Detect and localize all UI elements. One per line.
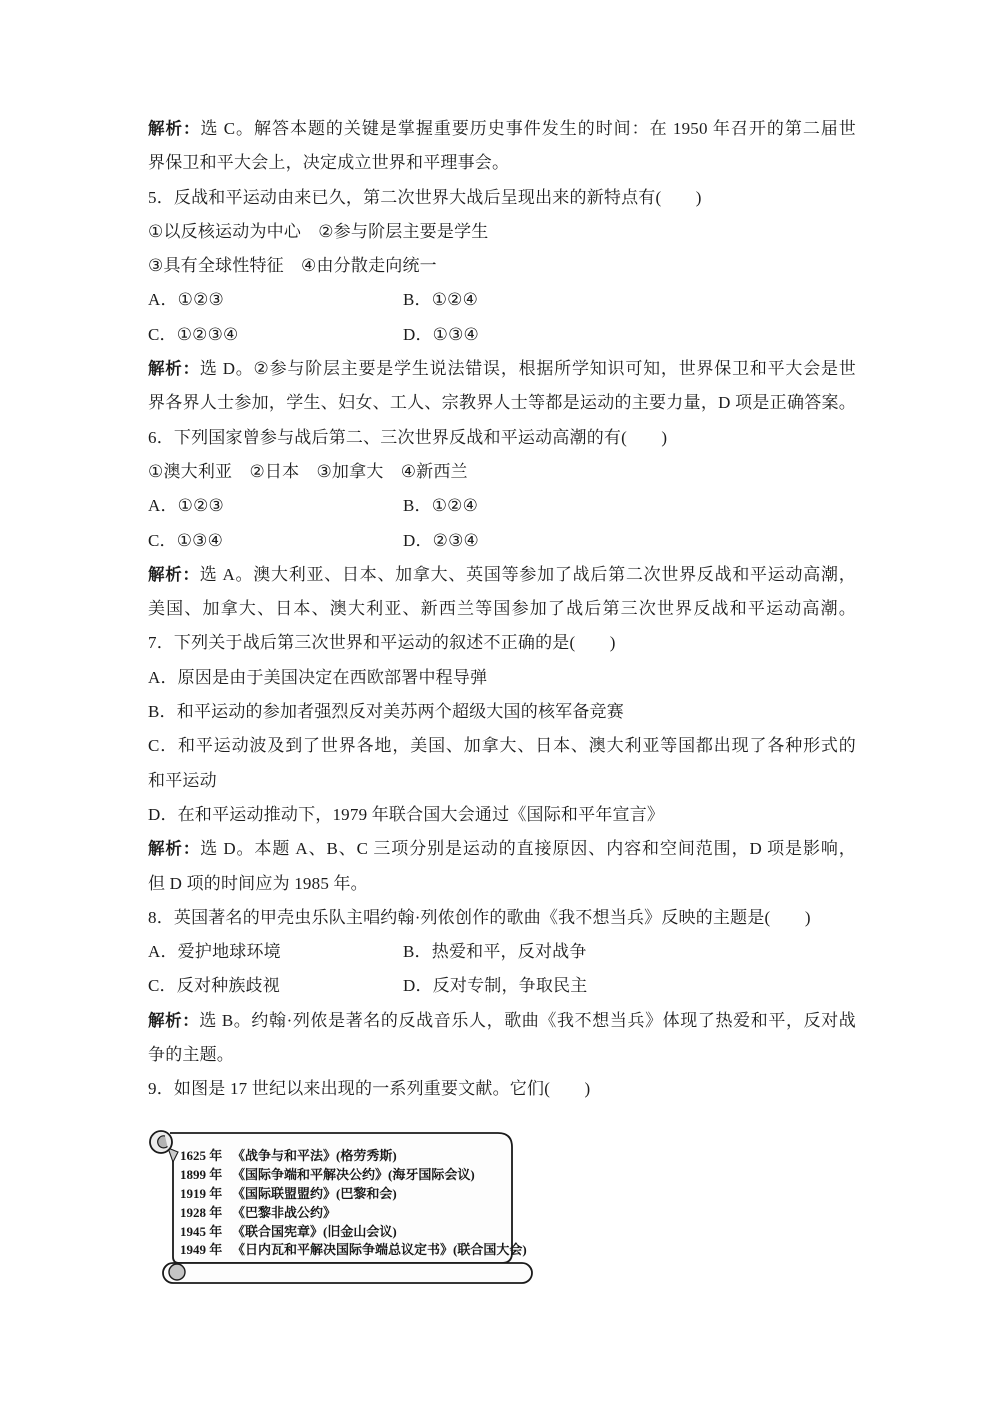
exam-document-page: 解析：选 C。解答本题的关键是掌握重要历史事件发生的时间：在 1950 年召开的… <box>0 0 1000 1414</box>
q8-options-row-1: A．爱护地球环境B．热爱和平，反对战争 <box>148 935 856 969</box>
q6-subitems: ①澳大利亚 ②日本 ③加拿大 ④新西兰 <box>148 455 856 489</box>
q5-option-b: B．①②④ <box>403 290 478 309</box>
analysis-text: 选 A。澳大利亚、日本、加拿大、英国等参加了战后第二次世界反战和平运动高潮， <box>200 565 856 584</box>
q6-analysis-line2: 美国、加拿大、日本、澳大利亚、新西兰等国参加了战后第三次世界反战和平运动高潮。 <box>148 592 856 626</box>
q6-options-row-1: A．①②③B．①②④ <box>148 489 856 523</box>
scroll-row: 1945 年《联合国宪章》(旧金山会议) <box>180 1223 527 1242</box>
q7-option-c-line2: 和平运动 <box>148 764 856 798</box>
q5-analysis-line1: 解析：选 D。②参与阶层主要是学生说法错误，根据所学知识可知，世界保卫和平大会是… <box>148 352 856 386</box>
q5-stem: 5．反战和平运动由来已久，第二次世界大战后呈现出来的新特点有( ) <box>148 181 856 215</box>
scroll-row-title: 《国际联盟盟约》(巴黎和会) <box>232 1186 397 1201</box>
analysis-label: 解析： <box>148 566 200 584</box>
scroll-row: 1899 年《国际争端和平解决公约》(海牙国际会议) <box>180 1166 527 1185</box>
scroll-row-year: 1625 年 <box>180 1147 232 1166</box>
analysis-text: 选 D。②参与阶层主要是学生说法错误，根据所学知识可知，世界保卫和平大会是世 <box>200 359 856 378</box>
text-content: 解析：选 C。解答本题的关键是掌握重要历史事件发生的时间：在 1950 年召开的… <box>148 112 856 1107</box>
q8-analysis-line1: 解析：选 B。约翰·列侬是著名的反战音乐人，歌曲《我不想当兵》体现了热爱和平，反… <box>148 1004 856 1038</box>
q6-analysis-line1: 解析：选 A。澳大利亚、日本、加拿大、英国等参加了战后第二次世界反战和平运动高潮… <box>148 558 856 592</box>
scroll-row-year: 1899 年 <box>180 1166 232 1185</box>
analysis-text: 争的主题。 <box>148 1045 234 1064</box>
q7-option-d: D．在和平运动推动下，1979 年联合国大会通过《国际和平年宣言》 <box>148 798 856 832</box>
analysis-label: 解析： <box>148 1012 199 1030</box>
analysis-label: 解析： <box>148 360 200 378</box>
scroll-row: 1919 年《国际联盟盟约》(巴黎和会) <box>180 1185 527 1204</box>
q8-option-b: B．热爱和平，反对战争 <box>403 942 587 961</box>
scroll-row-year: 1949 年 <box>180 1241 232 1260</box>
analysis-text: 选 C。解答本题的关键是掌握重要历史事件发生的时间：在 1950 年召开的第二届… <box>200 119 856 138</box>
q7-option-c-line1: C．和平运动波及到了世界各地，美国、加拿大、日本、澳大利亚等国都出现了各种形式的 <box>148 729 856 763</box>
q5-subitems-2: ③具有全球性特征 ④由分散走向统一 <box>148 249 856 283</box>
q6-option-c: C．①③④ <box>148 524 403 558</box>
analysis-text: 但 D 项的时间应为 1985 年。 <box>148 874 368 893</box>
analysis-label: 解析： <box>148 120 200 138</box>
q5-option-d: D．①③④ <box>403 325 479 344</box>
q6-options-row-2: C．①③④D．②③④ <box>148 524 856 558</box>
q7-analysis-line1: 解析：选 D。本题 A、B、C 三项分别是运动的直接原因、内容和空间范围，D 项… <box>148 832 856 866</box>
analysis-label: 解析： <box>148 840 200 858</box>
q8-options-row-2: C．反对种族歧视D．反对专制，争取民主 <box>148 969 856 1003</box>
q8-analysis-line2: 争的主题。 <box>148 1038 856 1072</box>
q5-option-c: C．①②③④ <box>148 318 403 352</box>
analysis-text: 选 D。本题 A、B、C 三项分别是运动的直接原因、内容和空间范围，D 项是影响… <box>200 839 856 858</box>
q6-option-d: D．②③④ <box>403 531 479 550</box>
analysis-text: 美国、加拿大、日本、澳大利亚、新西兰等国参加了战后第三次世界反战和平运动高潮。 <box>148 599 856 618</box>
q6-option-a: A．①②③ <box>148 489 403 523</box>
q5-options-row-1: A．①②③B．①②④ <box>148 283 856 317</box>
q8-option-d: D．反对专制，争取民主 <box>403 976 587 995</box>
scroll-row: 1928 年《巴黎非战公约》 <box>180 1204 527 1223</box>
scroll-row-title: 《国际争端和平解决公约》(海牙国际会议) <box>232 1167 475 1182</box>
q8-option-a: A．爱护地球环境 <box>148 935 403 969</box>
q4-analysis-line2: 界保卫和平大会上，决定成立世界和平理事会。 <box>148 146 856 180</box>
q5-options-row-2: C．①②③④D．①③④ <box>148 318 856 352</box>
scroll-row-title: 《战争与和平法》(格劳秀斯) <box>232 1148 397 1163</box>
scroll-bottom-roller <box>163 1263 532 1283</box>
q5-analysis-line2: 界各界人士参加，学生、妇女、工人、宗教界人士等都是运动的主要力量，D 项是正确答… <box>148 386 856 420</box>
analysis-text: 选 B。约翰·列侬是著名的反战音乐人，歌曲《我不想当兵》体现了热爱和平，反对战 <box>199 1011 856 1030</box>
q5-subitems-1: ①以反核运动为中心 ②参与阶层主要是学生 <box>148 215 856 249</box>
scroll-row: 1949 年《日内瓦和平解决国际争端总议定书》(联合国大会) <box>180 1241 527 1260</box>
scroll-row-title: 《巴黎非战公约》 <box>232 1205 336 1220</box>
scroll-row-title: 《联合国宪章》(旧金山会议) <box>232 1224 397 1239</box>
q7-option-a: A．原因是由于美国决定在西欧部署中程导弹 <box>148 661 856 695</box>
q9-document-scroll-figure: 1625 年《战争与和平法》(格劳秀斯) 1899 年《国际争端和平解决公约》(… <box>148 1126 540 1292</box>
q6-stem: 6．下列国家曾参与战后第二、三次世界反战和平运动高潮的有( ) <box>148 421 856 455</box>
analysis-text: 界各界人士参加，学生、妇女、工人、宗教界人士等都是运动的主要力量，D 项是正确答… <box>148 393 856 412</box>
q8-option-c: C．反对种族歧视 <box>148 969 403 1003</box>
scroll-row-year: 1928 年 <box>180 1204 232 1223</box>
q9-stem: 9．如图是 17 世纪以来出现的一系列重要文献。它们( ) <box>148 1072 856 1106</box>
scroll-row-title: 《日内瓦和平解决国际争端总议定书》(联合国大会) <box>232 1242 527 1257</box>
scroll-row-year: 1945 年 <box>180 1223 232 1242</box>
q7-stem: 7．下列关于战后第三次世界和平运动的叙述不正确的是( ) <box>148 626 856 660</box>
scroll-row-year: 1919 年 <box>180 1185 232 1204</box>
q7-option-b: B．和平运动的参加者强烈反对美苏两个超级大国的核军备竞赛 <box>148 695 856 729</box>
q5-option-a: A．①②③ <box>148 283 403 317</box>
scroll-bottom-curl-icon <box>169 1264 185 1280</box>
q4-analysis-line1: 解析：选 C。解答本题的关键是掌握重要历史事件发生的时间：在 1950 年召开的… <box>148 112 856 146</box>
scroll-row: 1625 年《战争与和平法》(格劳秀斯) <box>180 1147 527 1166</box>
scroll-text-rows: 1625 年《战争与和平法》(格劳秀斯) 1899 年《国际争端和平解决公约》(… <box>180 1147 527 1260</box>
q8-stem: 8．英国著名的甲壳虫乐队主唱约翰·列侬创作的歌曲《我不想当兵》反映的主题是( ) <box>148 901 856 935</box>
analysis-text: 界保卫和平大会上，决定成立世界和平理事会。 <box>148 153 509 172</box>
q7-analysis-line2: 但 D 项的时间应为 1985 年。 <box>148 867 856 901</box>
q6-option-b: B．①②④ <box>403 496 478 515</box>
